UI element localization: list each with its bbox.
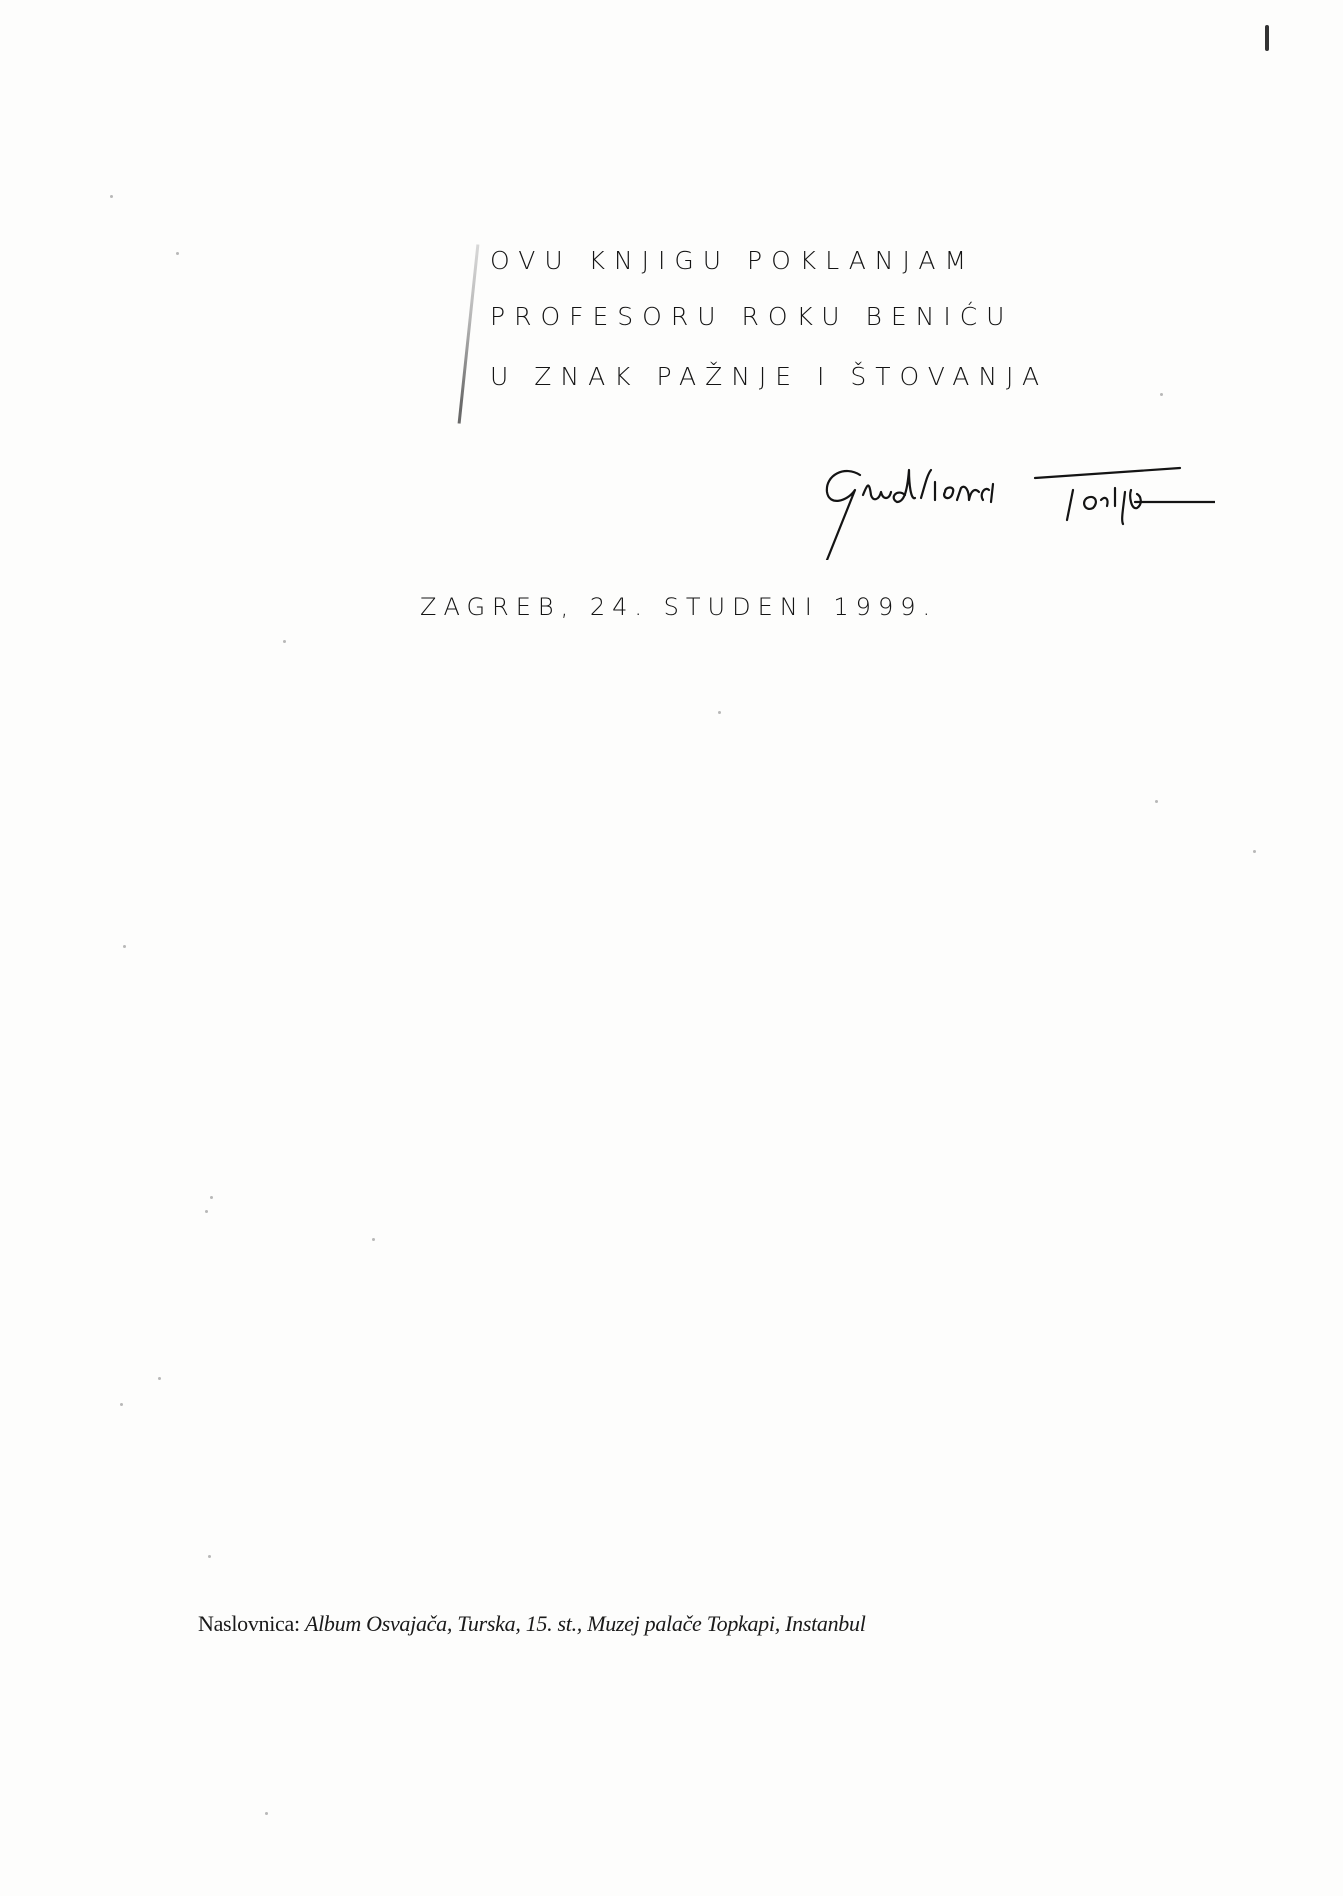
scan-speck <box>120 1403 123 1406</box>
scan-speck <box>1253 850 1256 853</box>
handwritten-signature <box>785 440 1215 560</box>
cover-caption: Naslovnica: Album Osvajača, Turska, 15. … <box>198 1611 866 1637</box>
scan-speck <box>1155 800 1158 803</box>
scan-speck <box>210 1196 213 1199</box>
place-and-date: ZAGREB, 24. STUDENI 1999. <box>420 593 937 621</box>
scan-speck <box>176 252 179 255</box>
handwritten-dedication: OVU KNJIGU POKLANJAM PROFESORU ROKU BENI… <box>490 246 1110 406</box>
signature-scribble <box>785 440 1215 560</box>
scan-speck <box>158 1377 161 1380</box>
dedication-line-3: U ZNAK PAŽNJE I ŠTOVANJA <box>490 362 1048 391</box>
scan-speck <box>205 1210 208 1213</box>
scanned-page: OVU KNJIGU POKLANJAM PROFESORU ROKU BENI… <box>0 0 1343 1896</box>
scan-artifact-mark <box>1265 25 1269 51</box>
scan-speck <box>208 1555 211 1558</box>
caption-text: Album Osvajača, Turska, 15. st., Muzej p… <box>305 1611 866 1636</box>
caption-label: Naslovnica: <box>198 1611 300 1636</box>
scan-speck <box>123 945 126 948</box>
scan-speck <box>1160 393 1163 396</box>
scan-speck <box>283 640 286 643</box>
scan-speck <box>718 711 721 714</box>
dedication-line-2: PROFESORU ROKU BENIĆU <box>490 302 1013 331</box>
scan-speck <box>372 1238 375 1241</box>
scan-speck <box>265 1812 268 1815</box>
scan-speck <box>110 195 113 198</box>
dedication-line-1: OVU KNJIGU POKLANJAM <box>490 246 975 275</box>
margin-pencil-mark <box>458 244 480 423</box>
